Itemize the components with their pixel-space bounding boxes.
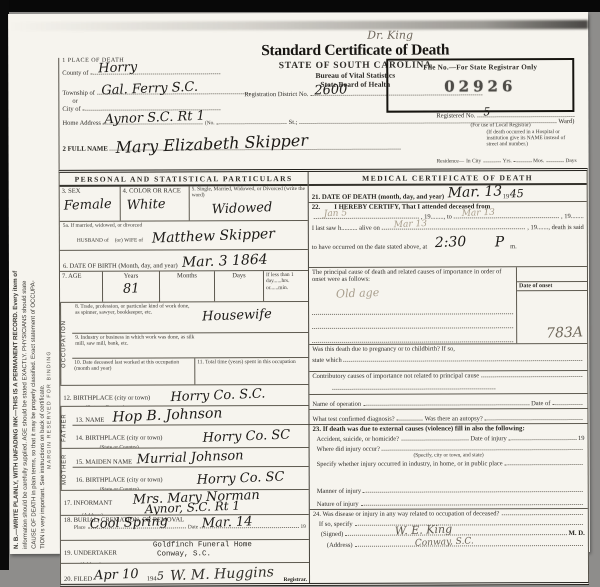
lastsaw-value: Mar 13: [394, 219, 428, 230]
blank-line: [505, 464, 583, 465]
age-days-cell: Days: [215, 271, 264, 301]
blank-line: [312, 314, 513, 329]
file-number-stamp: 02926: [388, 77, 572, 96]
township-field: Township of Gal. Ferry S.C.: [62, 89, 252, 97]
blank-line: [401, 439, 468, 440]
dob-field: 6. DATE OF BIRTH (Month, day, and year) …: [60, 250, 308, 272]
contributory-label: Contributory causes of importance not re…: [312, 372, 479, 380]
totaltime-label: 11. Total time (years) spent in this occ…: [197, 359, 306, 366]
spouse-field: 5a. If married, widowed, or divorced HUS…: [60, 221, 308, 251]
blank-line: [485, 419, 583, 420]
blank-line: [514, 161, 531, 162]
mother-block: MOTHER 15. MAIDEN NAME Murrial Johnson 1…: [61, 448, 309, 491]
industry-label: 9. Industry or business in which work wa…: [75, 334, 205, 347]
race-label: 4. COLOR OR RACE: [123, 187, 187, 194]
race-value: White: [126, 197, 165, 213]
mother-name-field: 15. MAIDEN NAME Murrial Johnson: [73, 448, 309, 468]
occupation-side-label: OCCUPATION: [60, 303, 72, 385]
personal-section-title: PERSONAL AND STATISTICAL PARTICULARS: [60, 172, 308, 187]
sex-label: 3. SEX: [62, 188, 118, 195]
injury-year-label: 19: [578, 435, 585, 442]
certificate-title: Standard Certificate of Death: [226, 41, 484, 60]
nature-field: Nature of injury: [310, 495, 588, 510]
registered-no-note: (For use of Local Registrar): [470, 122, 576, 128]
contributory-field: Contributory causes of importance not re…: [309, 371, 587, 395]
blank-line: [382, 449, 583, 451]
attended-from-value: Jan 5: [324, 208, 348, 219]
father-name-value: Hop B. Johnson: [112, 406, 222, 426]
blank-line: Jan 5: [314, 218, 419, 219]
city-label: City of: [62, 106, 80, 113]
registered-no-field: Registered No. 5: [436, 112, 576, 119]
blank-line: [552, 404, 582, 405]
days-label: Days: [565, 158, 576, 164]
manner-label: Manner of injury: [317, 488, 361, 495]
residence-field: Residence— In City Yrs. Mos. Days: [437, 158, 577, 164]
dod-year-hw: 45: [509, 187, 523, 201]
blank-line: [312, 301, 513, 315]
informant-field: 17. INFORMANT Mrs. Mary Norman (Address)…: [61, 490, 309, 516]
home-address-label: Home Address: [62, 120, 100, 127]
am-pm-value: P: [494, 234, 504, 250]
occupation-block: OCCUPATION 8. Trade, profession, or part…: [60, 302, 308, 386]
scan-edge-top: [0, 0, 600, 12]
blank-line: 5: [477, 116, 574, 117]
diagnosis-test-field: What test confirmed diagnosis? Was there…: [309, 409, 587, 425]
nature-label: Nature of injury: [317, 501, 359, 508]
operation-field: Name of operation Date of: [309, 394, 587, 410]
m-label: m.: [510, 243, 517, 250]
md-label: M. D.: [568, 530, 584, 537]
physician-address: Conway, S.C.: [414, 536, 473, 548]
margin-binding-note: MARGIN RESERVED FOR BINDING: [45, 109, 52, 469]
autopsy-label: Was there an autopsy?: [425, 415, 483, 422]
annotation-dr-king: Dr. King: [296, 28, 484, 42]
file-number-box: File No.—For State Registrar Only 02926: [386, 58, 574, 113]
signed-addr-label: (Address): [327, 542, 353, 549]
dod-value: Mar. 13: [448, 185, 503, 201]
dod-label: 21. DATE OF DEATH (month, day, and year): [312, 193, 444, 200]
blank-line: Conway, S.C.: [355, 545, 583, 547]
spouse-value: Matthew Skipper: [152, 226, 276, 247]
blank-line: [509, 439, 576, 440]
blank-line: [361, 504, 583, 506]
or-label: or: [72, 98, 77, 105]
father-side-label: FATHER: [60, 407, 72, 448]
age-days-label: Days: [217, 272, 261, 279]
cause-label-2: onset were as follows:: [312, 275, 513, 283]
dob-value: Mar. 3 1864: [181, 252, 267, 271]
age-years-cell: Years 81: [103, 271, 160, 301]
pregnancy-label-2: state which: [312, 357, 341, 364]
medical-section-title: MEDICAL CERTIFICATE OF DEATH: [309, 171, 587, 186]
age-value: 81: [122, 281, 139, 297]
fullname-field: 2 FULL NAME Mary Elizabeth Skipper: [63, 145, 403, 153]
blank-line: [481, 376, 582, 377]
registered-no-label: Registered No.: [436, 112, 475, 119]
yrs-label: Yrs.: [503, 158, 512, 164]
certificate-page: N. B.—WRITE PLAINLY, WITH UNFADING INK—T…: [8, 12, 590, 554]
certify-no: 22.: [312, 204, 321, 211]
registration-district-label: Registration District No.: [244, 91, 308, 98]
registrar-signature: W. M. Huggins: [169, 564, 273, 570]
blank-line: [312, 328, 513, 343]
birthplace-value: Horry Co. S.C.: [170, 386, 266, 405]
test-label: What test confirmed diagnosis?: [312, 416, 394, 423]
mother-side-label: MOTHER: [61, 449, 73, 490]
burial-date-label: Date: [188, 524, 198, 530]
specify-label: Specify whether injury occurred in indus…: [317, 460, 503, 468]
residence-label: Residence—: [437, 158, 465, 164]
mos-label: Mos.: [533, 158, 544, 164]
burial-field: 18. BURIAL, CREMATION, OR REMOVAL Place …: [61, 515, 309, 541]
incity-label: In City: [466, 158, 481, 164]
undertaker-label: 19. UNDERTAKER: [64, 550, 117, 557]
filed-field: 20. FILED Apr 10 194 5 W. M. Huggins Reg…: [61, 563, 309, 570]
father-name-label: 13. NAME: [75, 417, 104, 424]
blank-line: [355, 524, 583, 526]
pregnancy-field: Was this death due to pregnancy or to ch…: [309, 344, 587, 372]
signed-label: (Signed): [321, 531, 343, 538]
time-of-death-value: 2:30: [435, 234, 467, 251]
blank-line: Mary Elizabeth Skipper: [110, 149, 401, 151]
fullname-value: Mary Elizabeth Skipper: [116, 131, 309, 157]
attended-to-value: Mar 13: [462, 208, 496, 219]
blank-line: Mar 13: [382, 228, 525, 230]
father-name-field: 13. NAME Hop B. Johnson: [72, 406, 308, 426]
form-body: PERSONAL AND STATISTICAL PARTICULARS 3. …: [59, 168, 589, 570]
cause-value: Old age: [336, 286, 380, 301]
mother-bp-label: 16. BIRTHPLACE (city or town): [76, 476, 163, 483]
spouse-label-3: (or) WIFE of: [115, 238, 143, 244]
county-field: County of Horry: [62, 69, 222, 77]
margin-instructions: N. B.—WRITE PLAINLY, WITH UNFADING INK—T…: [11, 44, 46, 549]
blank-line: Cool Spring: [88, 527, 186, 528]
father-bp-label: 14. BIRTHPLACE (city or town): [76, 434, 163, 441]
mother-name-label: 15. MAIDEN NAME: [76, 459, 133, 466]
age-row: 7. AGE Years 81 Months Days If less than…: [60, 271, 308, 303]
blank-line: [217, 123, 287, 124]
age-less-cell: If less than 1 day......hrs. or......min…: [264, 271, 308, 301]
burial-date-value: Mar. 14: [202, 515, 253, 531]
blank-line: [363, 491, 583, 493]
operation-label: Name of operation: [312, 401, 361, 408]
where-sub-label: (Specify, city or town, and state): [313, 452, 585, 459]
cause-of-death-block: The principal cause of death and related…: [309, 267, 587, 345]
birthplace-label: 12. BIRTHPLACE (city or town): [63, 395, 150, 402]
blank-line: [344, 360, 583, 362]
date-of-onset-column: Date of onset 783A: [516, 267, 587, 343]
birthplace-field: 12. BIRTHPLACE (city or town) (State or …: [60, 385, 308, 407]
accident-label: Accident, suicide, or homicide?: [317, 436, 400, 443]
trade-field: 8. Trade, profession, or particular kind…: [72, 302, 308, 334]
age-label: 7. AGE: [62, 273, 100, 280]
sex-race-marital-row: 3. SEX Female 4. COLOR OR RACE White 5. …: [60, 186, 308, 222]
marital-label: 5. Single, Married, Widowed, or Divorced…: [192, 187, 306, 199]
lastworked-label: 10. Date deceased last worked at this oc…: [74, 359, 192, 372]
occurred-label: to have occurred on the date stated abov…: [312, 244, 427, 251]
marital-value: Widowed: [211, 200, 272, 217]
blank-line: Mar 13: [454, 217, 559, 218]
lastworked-row: 10. Date deceased last worked at this oc…: [72, 358, 308, 385]
no-label: (No.: [205, 120, 215, 126]
occupation-related-block: 24. Was disease or injury in any way rel…: [310, 509, 588, 558]
burial-place-label: Place: [74, 525, 86, 531]
blank-line: Aynor S.C. Rt 1: [103, 123, 203, 124]
blank-line: [363, 404, 529, 406]
undertaker-value: Goldfinch Funeral Home: [153, 541, 252, 549]
township-value: Gal. Ferry S.C.: [101, 80, 198, 99]
trade-value: Housewife: [202, 307, 272, 325]
father-birthplace-field: 14. BIRTHPLACE (city or town) (State or …: [72, 425, 308, 448]
trade-label: 8. Trade, profession, or particular kind…: [75, 303, 195, 316]
file-box-title: File No.—For State Registrar Only: [388, 63, 572, 72]
township-label: Township of: [62, 90, 95, 97]
home-address-value: Aynor S.C. Rt 1: [105, 109, 206, 128]
date-of-death-field: 21. DATE OF DEATH (month, day, and year)…: [309, 185, 587, 203]
mother-birthplace-field: 16. BIRTHPLACE (city or town) (State or …: [73, 467, 309, 490]
race-field: 4. COLOR OR RACE White: [121, 186, 190, 220]
dob-label: 6. DATE OF BIRTH (Month, day, and year): [63, 262, 178, 269]
operation-date-label: Date of: [531, 400, 550, 407]
lastsaw-label: I last saw h.......... alive on: [312, 225, 380, 232]
age-field: 7. AGE: [60, 272, 103, 302]
occ-related-label: 24. Was disease or injury in any way rel…: [313, 510, 500, 518]
cause-label-1: The principal cause of death and related…: [312, 268, 513, 276]
lastsaw-end: , 19......., death is said: [527, 224, 584, 231]
age-months-label: Months: [162, 272, 212, 279]
blank-line: [397, 420, 423, 421]
fullname-label: 2 FULL NAME: [63, 146, 108, 153]
marital-field: 5. Single, Married, Widowed, or Divorced…: [190, 186, 308, 220]
burial-place-value: Cool Spring: [89, 515, 168, 532]
certify-end: , 19........: [561, 213, 584, 220]
pregnancy-label: Was this death due to pregnancy or to ch…: [312, 345, 455, 352]
sex-value: Female: [63, 197, 111, 214]
totaltime-field: 11. Total time (years) spent in this occ…: [195, 358, 308, 384]
external-label: 23. If death was due to external causes …: [312, 425, 584, 433]
registered-no-value: 5: [483, 105, 490, 118]
county-label: County of: [62, 70, 88, 77]
blank-line: [483, 161, 500, 162]
cause-code-value: 783A: [546, 324, 583, 341]
physician-signature: W. E. King: [395, 522, 453, 537]
blank-line: [546, 161, 563, 162]
date-of-onset-label: Date of onset: [517, 281, 587, 291]
age-years-label: Years: [105, 272, 157, 279]
lastworked-field: 10. Date deceased last worked at this oc…: [72, 358, 195, 384]
blank-line: [332, 379, 495, 390]
undertaker-value-2: Conway, S.C.: [157, 550, 211, 558]
burial-year-label: 19: [300, 524, 305, 530]
where-label: Where did injury occur?: [317, 446, 380, 453]
informant-label: 17. INFORMANT: [64, 500, 112, 507]
blank-line: W. E. King: [345, 534, 566, 536]
county-value: Horry: [98, 60, 137, 76]
form-border: [58, 58, 59, 170]
ifso-label: If so, specify: [319, 521, 353, 528]
dod-year-printed: 19: [503, 193, 510, 200]
spouse-label-2: HUSBAND of: [77, 238, 109, 244]
personal-column: PERSONAL AND STATISTICAL PARTICULARS 3. …: [60, 172, 310, 570]
injury-date-label: Date of injury: [470, 435, 506, 442]
industry-field: 9. Industry or business in which work wa…: [72, 333, 308, 359]
hospital-note: (If death occurred in a Hospital or inst…: [486, 129, 576, 148]
age-months-cell: Months: [160, 271, 215, 301]
medical-column: MEDICAL CERTIFICATE OF DEATH 21. DATE OF…: [309, 171, 588, 570]
st-label: St.;: [289, 119, 298, 126]
manner-field: Manner of injury: [310, 482, 588, 496]
mother-name-value: Murrial Johnson: [136, 448, 243, 467]
blank-line: [501, 514, 582, 515]
external-causes-block: 23. If death was due to external causes …: [309, 424, 587, 483]
father-block: FATHER 13. NAME Hop B. Johnson 14. BIRTH…: [60, 406, 308, 449]
certify-block: 22. I HEREBY CERTIFY, That I attended de…: [309, 202, 587, 268]
blank-line: Horry: [90, 73, 220, 74]
undertaker-field: 19. UNDERTAKER (Address) Goldfinch Funer…: [61, 540, 309, 564]
blank-line: Mar. 14: [200, 527, 298, 528]
registration-district-value: 2600: [314, 82, 348, 98]
sex-field: 3. SEX Female: [60, 187, 121, 221]
